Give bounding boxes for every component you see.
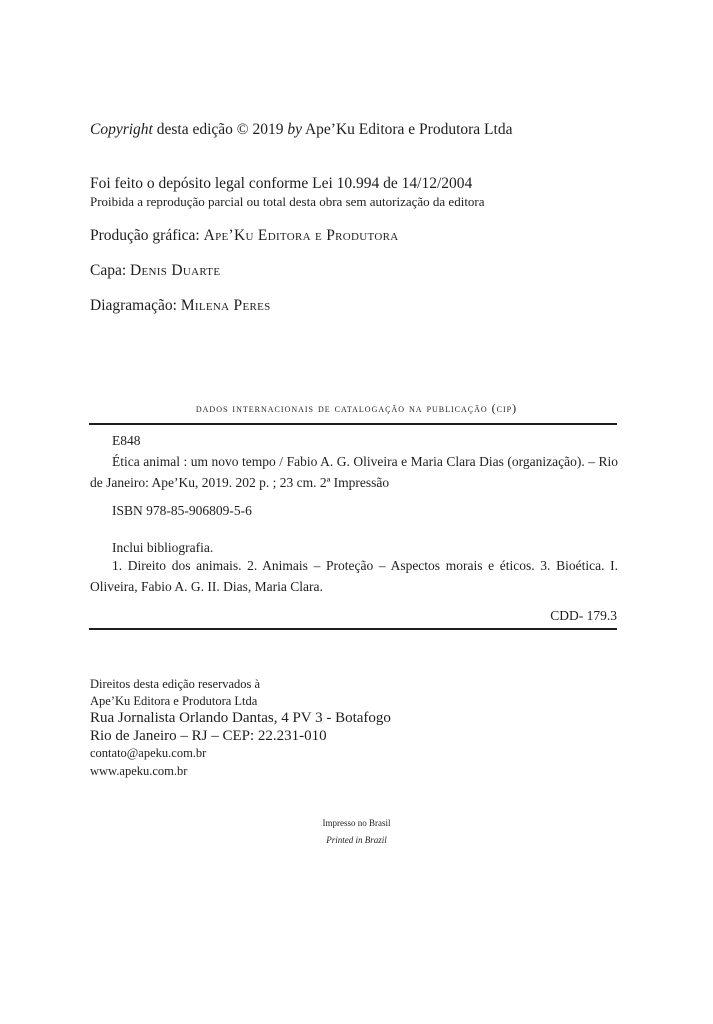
copyright-line: Copyright desta edição © 2019 by Ape’Ku … [90, 121, 512, 139]
rights-city: Rio de Janeiro – RJ – CEP: 22.231-010 [90, 728, 327, 745]
legal-prohibition: Proibida a reprodução parcial ou total d… [90, 194, 485, 210]
legal-deposit: Foi feito o depósito legal conforme Lei … [90, 175, 472, 193]
cip-record: Ética animal : um novo tempo / Fabio A. … [90, 451, 618, 493]
cip-subjects: 1. Direito dos animais. 2. Animais – Pro… [90, 555, 618, 597]
credit-layout: Diagramação: Milena Peres [90, 297, 271, 315]
cip-heading: dados internacionais de catalogação na p… [0, 401, 713, 416]
copyright-word: Copyright [90, 121, 153, 138]
credit-label: Diagramação: [90, 297, 181, 314]
copyright-by: by [287, 121, 302, 138]
cip-isbn: ISBN 978-85-906809-5-6 [112, 503, 252, 519]
credit-cover: Capa: Denis Duarte [90, 262, 220, 280]
cip-code: E848 [112, 433, 141, 449]
cip-bottom-rule [89, 628, 617, 630]
copyright-publisher: Ape’Ku Editora e Produtora Ltda [302, 121, 512, 138]
rights-line1: Direitos desta edição reservados à [90, 677, 260, 692]
rights-line2: Ape’Ku Editora e Produtora Ltda [90, 694, 257, 709]
rights-email: contato@apeku.com.br [90, 746, 206, 761]
printed-pt: Impresso no Brasil [0, 818, 713, 828]
cip-notes: Inclui bibliografia. [112, 540, 213, 556]
credit-label: Capa: [90, 262, 130, 279]
credit-value: Denis Duarte [130, 262, 220, 279]
rights-website: www.apeku.com.br [90, 764, 187, 779]
rights-address: Rua Jornalista Orlando Dantas, 4 PV 3 - … [90, 710, 391, 727]
credit-value: Ape’Ku Editora e Produtora [204, 227, 399, 244]
credit-production: Produção gráfica: Ape’Ku Editora e Produ… [90, 227, 398, 245]
copyright-middle: desta edição © 2019 [153, 121, 287, 138]
cip-cdd: CDD- 179.3 [550, 608, 617, 624]
credit-label: Produção gráfica: [90, 227, 204, 244]
cip-top-rule [89, 423, 617, 425]
credit-value: Milena Peres [181, 297, 271, 314]
printed-en: Printed in Brazil [0, 835, 713, 845]
